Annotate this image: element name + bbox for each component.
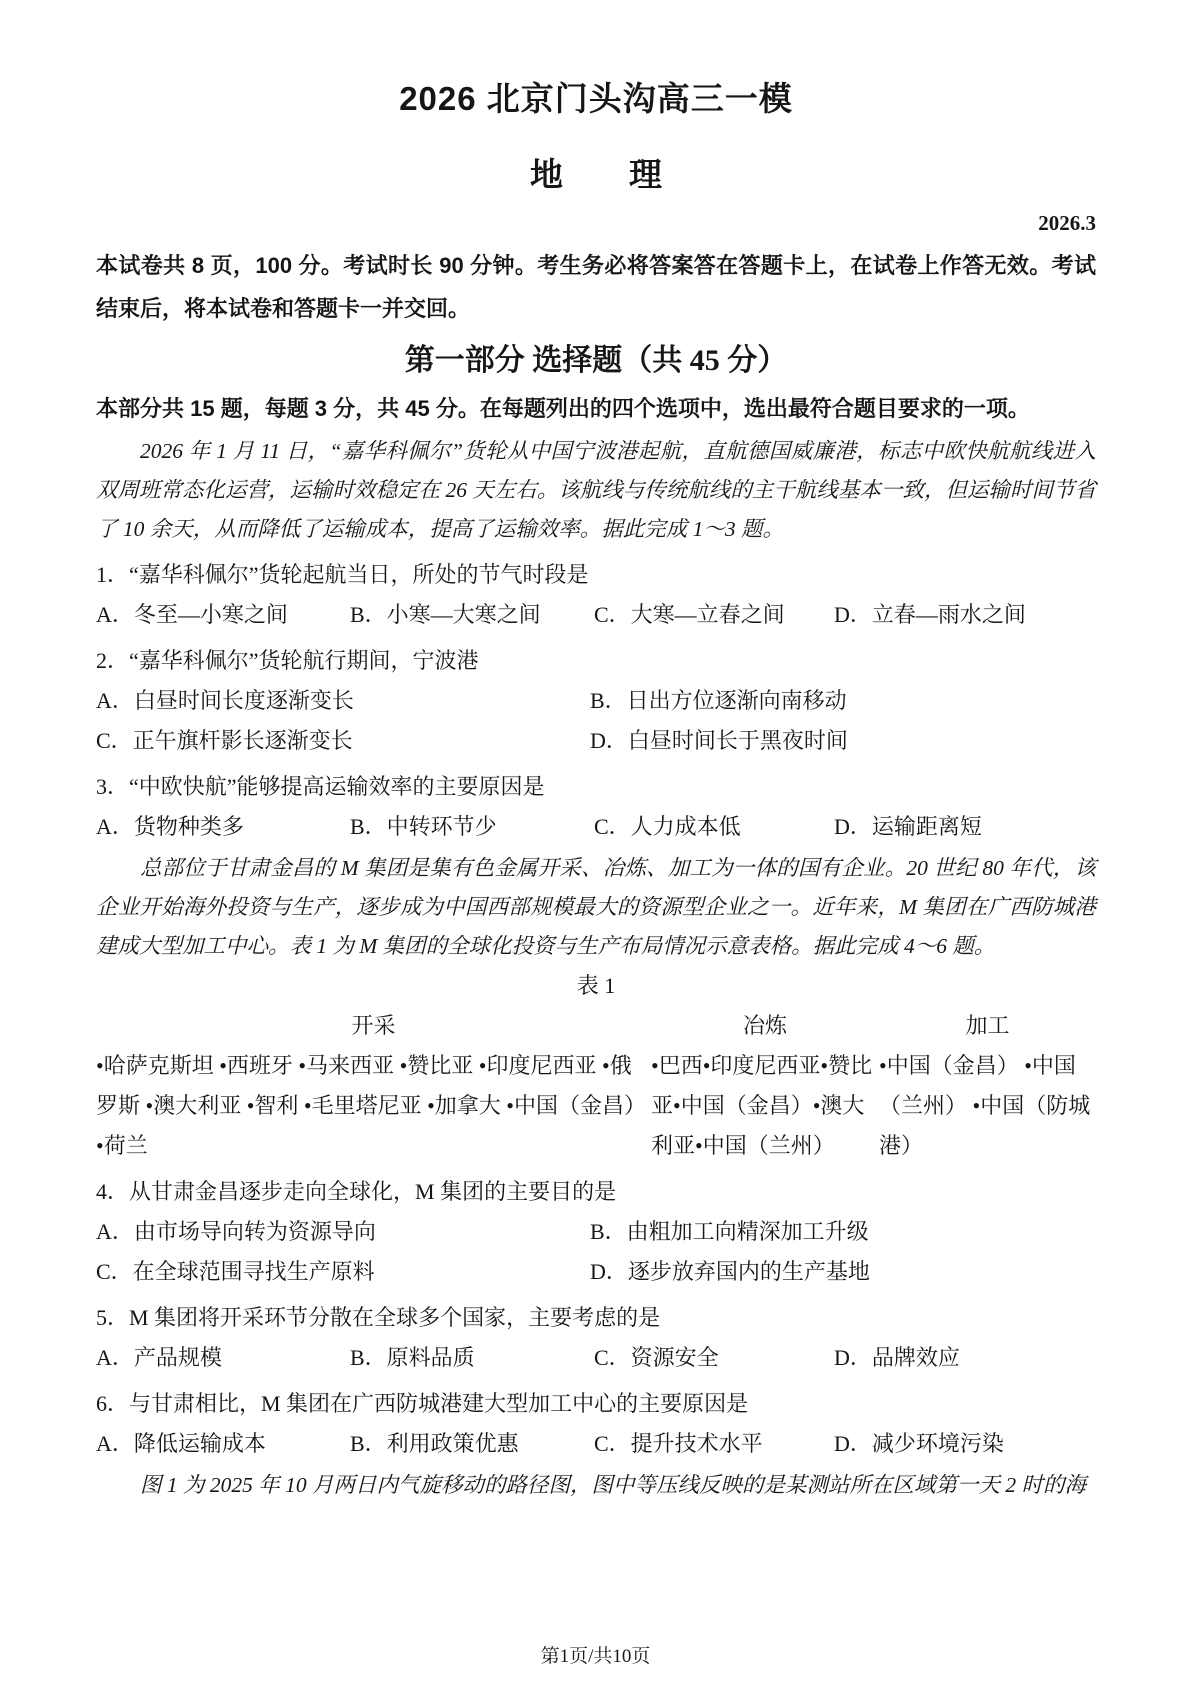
page-content: 2026 北京门头沟高三一模 地 理 2026.3 本试卷共 8 页，100 分…	[96, 80, 1096, 1505]
option-d: D．逐步放弃国内的生产基地	[590, 1252, 1096, 1292]
exam-notice: 本试卷共 8 页，100 分。考试时长 90 分钟。考生务必将答案答在答题卡上，…	[96, 244, 1096, 330]
question-stem: 5．M 集团将开采环节分散在全球多个国家，主要考虑的是	[96, 1298, 1096, 1338]
option-c: C．提升技术水平	[594, 1424, 834, 1464]
question-5: 5．M 集团将开采环节分散在全球多个国家，主要考虑的是 A．产品规模 B．原料品…	[96, 1298, 1096, 1378]
options-row: A．货物种类多 B．中转环节少 C．人力成本低 D．运输距离短	[96, 807, 1096, 847]
passage-1: 2026 年 1 月 11 日，“嘉华科佩尔”货轮从中国宁波港起航，直航德国威廉…	[96, 432, 1096, 549]
option-c: C．大寒—立春之间	[594, 595, 834, 635]
option-d: D．立春—雨水之间	[834, 595, 1096, 635]
option-b: B．日出方位逐渐向南移动	[590, 681, 1096, 721]
option-d: D．运输距离短	[834, 807, 1096, 847]
option-a: A．白昼时间长度逐渐变长	[96, 681, 590, 721]
question-stem: 6．与甘肃相比，M 集团在广西防城港建大型加工中心的主要原因是	[96, 1384, 1096, 1424]
question-stem: 3．“中欧快航”能够提高运输效率的主要原因是	[96, 767, 1096, 807]
options-row: A．冬至—小寒之间 B．小寒—大寒之间 C．大寒—立春之间 D．立春—雨水之间	[96, 595, 1096, 635]
page-title: 2026 北京门头沟高三一模	[96, 80, 1096, 118]
option-b: B．利用政策优惠	[350, 1424, 594, 1464]
table-cell-processing: •中国（金昌） •中国（兰州） •中国（防城港）	[879, 1046, 1096, 1166]
question-stem: 2．“嘉华科佩尔”货轮航行期间，宁波港	[96, 641, 1096, 681]
option-b: B．中转环节少	[350, 807, 594, 847]
question-3: 3．“中欧快航”能够提高运输效率的主要原因是 A．货物种类多 B．中转环节少 C…	[96, 767, 1096, 847]
passage-2: 总部位于甘肃金昌的 M 集团是集有色金属开采、冶炼、加工为一体的国有企业。20 …	[96, 849, 1096, 966]
table-cell-mining: •哈萨克斯坦 •西班牙 •马来西亚 •赞比亚 •印度尼西亚 •俄罗斯 •澳大利亚…	[96, 1046, 651, 1166]
question-4: 4．从甘肃金昌逐步走向全球化，M 集团的主要目的是 A．由市场导向转为资源导向 …	[96, 1172, 1096, 1292]
option-a: A．冬至—小寒之间	[96, 595, 350, 635]
options-row: C．正午旗杆影长逐渐变长 D．白昼时间长于黑夜时间	[96, 721, 1096, 761]
option-c: C．人力成本低	[594, 807, 834, 847]
exam-paper-page: 2026 北京门头沟高三一模 地 理 2026.3 本试卷共 8 页，100 分…	[0, 0, 1191, 1684]
option-b: B．由粗加工向精深加工升级	[590, 1212, 1096, 1252]
question-stem: 1．“嘉华科佩尔”货轮起航当日，所处的节气时段是	[96, 555, 1096, 595]
passage-3: 图 1 为 2025 年 10 月两日内气旋移动的路径图，图中等压线反映的是某测…	[96, 1466, 1096, 1505]
option-a: A．货物种类多	[96, 807, 350, 847]
option-d: D．品牌效应	[834, 1338, 1096, 1378]
option-a: A．由市场导向转为资源导向	[96, 1212, 590, 1252]
page-footer: 第1页/共10页	[0, 1642, 1191, 1672]
option-c: C．资源安全	[594, 1338, 834, 1378]
section-instruction: 本部分共 15 题，每题 3 分，共 45 分。在每题列出的四个选项中，选出最符…	[96, 388, 1096, 430]
table-caption: 表 1	[96, 966, 1096, 1006]
option-b: B．小寒—大寒之间	[350, 595, 594, 635]
option-c: C．正午旗杆影长逐渐变长	[96, 721, 590, 761]
table-header-smelting: 冶炼	[651, 1006, 879, 1046]
question-stem: 4．从甘肃金昌逐步走向全球化，M 集团的主要目的是	[96, 1172, 1096, 1212]
table-cell-smelting: •巴西•印度尼西亚•赞比亚•中国（金昌）•澳大利亚•中国（兰州）	[651, 1046, 879, 1166]
table-1: 开采 冶炼 加工 •哈萨克斯坦 •西班牙 •马来西亚 •赞比亚 •印度尼西亚 •…	[96, 1006, 1096, 1166]
option-d: D．白昼时间长于黑夜时间	[590, 721, 1096, 761]
option-c: C．在全球范围寻找生产原料	[96, 1252, 590, 1292]
table-header-mining: 开采	[96, 1006, 651, 1046]
question-6: 6．与甘肃相比，M 集团在广西防城港建大型加工中心的主要原因是 A．降低运输成本…	[96, 1384, 1096, 1464]
table-header-processing: 加工	[879, 1006, 1096, 1046]
options-row: A．由市场导向转为资源导向 B．由粗加工向精深加工升级	[96, 1212, 1096, 1252]
options-row: A．降低运输成本 B．利用政策优惠 C．提升技术水平 D．减少环境污染	[96, 1424, 1096, 1464]
option-b: B．原料品质	[350, 1338, 594, 1378]
section-heading: 第一部分 选择题（共 45 分）	[96, 338, 1096, 384]
question-2: 2．“嘉华科佩尔”货轮航行期间，宁波港 A．白昼时间长度逐渐变长 B．日出方位逐…	[96, 641, 1096, 761]
options-row: A．白昼时间长度逐渐变长 B．日出方位逐渐向南移动	[96, 681, 1096, 721]
subject-title: 地 理	[96, 156, 1096, 194]
option-a: A．降低运输成本	[96, 1424, 350, 1464]
option-d: D．减少环境污染	[834, 1424, 1096, 1464]
options-row: C．在全球范围寻找生产原料 D．逐步放弃国内的生产基地	[96, 1252, 1096, 1292]
options-row: A．产品规模 B．原料品质 C．资源安全 D．品牌效应	[96, 1338, 1096, 1378]
question-1: 1．“嘉华科佩尔”货轮起航当日，所处的节气时段是 A．冬至—小寒之间 B．小寒—…	[96, 555, 1096, 635]
exam-date: 2026.3	[96, 206, 1096, 240]
option-a: A．产品规模	[96, 1338, 350, 1378]
